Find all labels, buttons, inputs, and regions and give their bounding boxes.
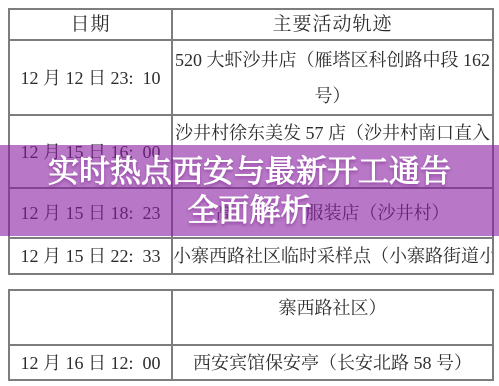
track-line: 小寨西路社区临时采样点（小寨路街道小	[173, 244, 492, 268]
headline-line1: 实时热点西安与最新开工通告	[48, 152, 451, 191]
track-cell: 西安宾馆保安亭（长安北路 58 号）	[173, 346, 492, 379]
table-header-row: 日期 主要活动轨迹	[10, 10, 492, 39]
table-row: 12 月 15 日 22: 33 小寨西路社区临时采样点（小寨路街道小	[10, 237, 492, 273]
track-line: 520 大虾沙井店（雁塔区科创路中段 162	[173, 42, 492, 78]
track-cell: 520 大虾沙井店（雁塔区科创路中段 162 号）	[173, 41, 492, 114]
bulletin-page: 日期 主要活动轨迹 12 月 12 日 23: 10 520 大虾沙井店（雁塔区…	[0, 0, 499, 386]
date-cell: 12 月 12 日 23: 10	[10, 41, 173, 114]
date-cell-empty	[10, 291, 173, 344]
headline-banner: 实时热点西安与最新开工通告 全面解析	[0, 145, 499, 236]
table-row: 12 月 16 日 12: 00 西安宾馆保安亭（长安北路 58 号）	[10, 344, 492, 379]
track-cell: 寨西路社区）	[173, 291, 492, 344]
trajectory-table-bottom: 寨西路社区） 12 月 16 日 12: 00 西安宾馆保安亭（长安北路 58 …	[8, 289, 494, 381]
date-cell: 12 月 15 日 22: 33	[10, 239, 173, 273]
track-cell: 小寨西路社区临时采样点（小寨路街道小	[173, 239, 492, 273]
header-date-column: 日期	[10, 10, 173, 39]
track-line: 西安宾馆保安亭（长安北路 58 号）	[173, 351, 492, 375]
date-cell: 12 月 16 日 12: 00	[10, 346, 173, 379]
track-line-continuation: 寨西路社区）	[173, 296, 492, 320]
headline-line2: 全面解析	[188, 191, 312, 230]
table-row: 寨西路社区）	[10, 291, 492, 344]
track-line: 号）	[173, 78, 492, 114]
table-row: 12 月 12 日 23: 10 520 大虾沙井店（雁塔区科创路中段 162 …	[10, 39, 492, 114]
header-track-column: 主要活动轨迹	[173, 10, 492, 39]
